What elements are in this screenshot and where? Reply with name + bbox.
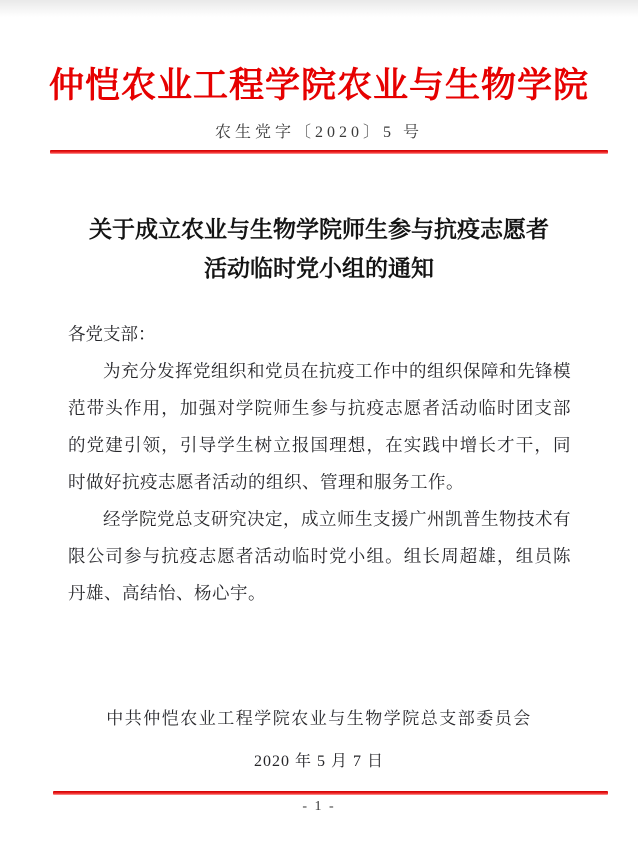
notice-title-line-2: 活动临时党小组的通知 xyxy=(40,249,598,288)
body-paragraph-1: 为充分发挥党组织和党员在抗疫工作中的组织保障和先锋模范带头作用，加强对学院师生参… xyxy=(68,353,571,501)
notice-title: 关于成立农业与生物学院师生参与抗疫志愿者 活动临时党小组的通知 xyxy=(40,210,598,288)
issue-date: 2020 年 5 月 7 日 xyxy=(0,748,638,771)
document-number: 农生党字〔2020〕5 号 xyxy=(0,119,638,142)
letterhead-org-title: 仲恺农业工程学院农业与生物学院 xyxy=(0,58,638,108)
body-paragraph-2: 经学院党总支研究决定，成立师生支援广州凯普生物技术有限公司参与抗疫志愿者活动临时… xyxy=(68,501,571,612)
notice-body: 各党支部： 为充分发挥党组织和党员在抗疫工作中的组织保障和先锋模范带头作用，加强… xyxy=(68,316,571,612)
footer-red-rule xyxy=(53,791,608,795)
notice-title-line-1: 关于成立农业与生物学院师生参与抗疫志愿者 xyxy=(40,210,598,249)
page-top-shadow xyxy=(0,0,638,20)
salutation: 各党支部： xyxy=(68,316,571,353)
notice-document-page: 仲恺农业工程学院农业与生物学院 农生党字〔2020〕5 号 关于成立农业与生物学… xyxy=(0,0,638,867)
letterhead-red-rule xyxy=(50,150,608,154)
issuing-committee-signature: 中共仲恺农业工程学院农业与生物学院总支部委员会 xyxy=(0,704,638,729)
signature-block: 中共仲恺农业工程学院农业与生物学院总支部委员会 2020 年 5 月 7 日 xyxy=(0,704,638,771)
page-number: - 1 - xyxy=(0,799,638,815)
